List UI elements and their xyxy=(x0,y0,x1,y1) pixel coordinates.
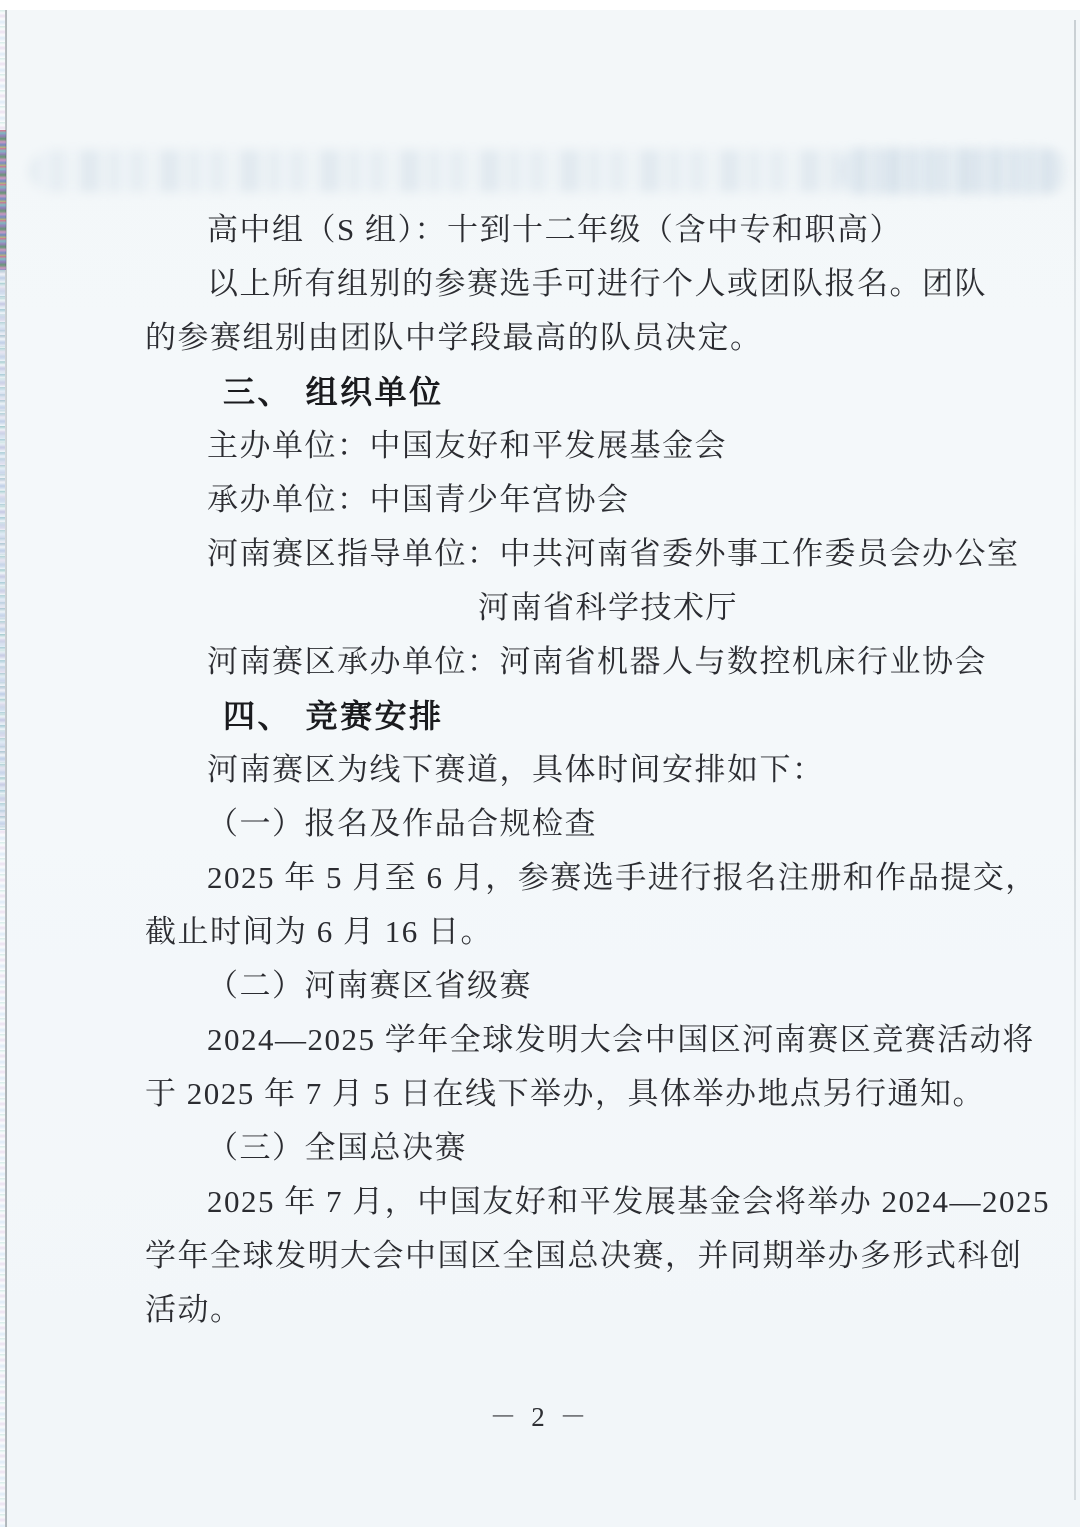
scan-smudge-right xyxy=(840,148,1060,194)
line-provincial-round-2: 于 2025 年 7 月 5 日在线下举办，具体举办地点另行通知。 xyxy=(145,1067,937,1121)
line-highschool-group: 高中组（S 组）：十到十二年级（含中专和职高） xyxy=(145,203,937,257)
subheading-registration-check: （一）报名及作品合规检查 xyxy=(145,797,937,851)
line-registration-period-1: 2025 年 5 月至 6 月，参赛选手进行报名注册和作品提交， xyxy=(145,851,937,905)
line-provincial-round-1: 2024—2025 学年全球发明大会中国区河南赛区竞赛活动将 xyxy=(145,1013,937,1067)
line-registration-note-2: 的参赛组别由团队中学段最高的队员决定。 xyxy=(145,311,937,365)
line-host-unit: 主办单位：中国友好和平发展基金会 xyxy=(145,419,937,473)
line-national-final-1: 2025 年 7 月，中国友好和平发展基金会将举办 2024—2025 xyxy=(145,1175,937,1229)
page-number: － 2 － xyxy=(0,1395,1080,1434)
scan-noise-stripe-strong xyxy=(0,130,6,270)
scanned-document: 高中组（S 组）：十到十二年级（含中专和职高） 以上所有组别的参赛选手可进行个人… xyxy=(0,0,1080,1527)
heading-section-4-schedule: 四、 竞赛安排 xyxy=(145,689,937,743)
subheading-provincial-round: （二）河南赛区省级赛 xyxy=(145,959,937,1013)
heading-section-3-organizers: 三、 组织单位 xyxy=(145,365,937,419)
page-right-edge xyxy=(1074,20,1076,1500)
line-registration-period-2: 截止时间为 6 月 16 日。 xyxy=(145,905,937,959)
line-schedule-intro: 河南赛区为线下赛道，具体时间安排如下： xyxy=(145,743,937,797)
line-registration-note-1: 以上所有组别的参赛选手可进行个人或团队报名。团队 xyxy=(145,257,937,311)
subheading-national-final: （三）全国总决赛 xyxy=(145,1121,937,1175)
line-henan-organizer-unit: 河南赛区承办单位：河南省机器人与数控机床行业协会 xyxy=(145,635,937,689)
line-henan-science-dept: 河南省科学技术厅 xyxy=(145,581,937,635)
line-national-final-3: 活动。 xyxy=(145,1283,937,1337)
line-national-final-2: 学年全球发明大会中国区全国总决赛，并同期举办多形式科创 xyxy=(145,1229,937,1283)
line-henan-guidance-unit: 河南赛区指导单位：中共河南省委外事工作委员会办公室 xyxy=(145,527,937,581)
document-body: 高中组（S 组）：十到十二年级（含中专和职高） 以上所有组别的参赛选手可进行个人… xyxy=(145,203,937,1337)
line-organizer-unit: 承办单位：中国青少年宫协会 xyxy=(145,473,937,527)
scan-noise-stripe-soft xyxy=(0,270,5,830)
